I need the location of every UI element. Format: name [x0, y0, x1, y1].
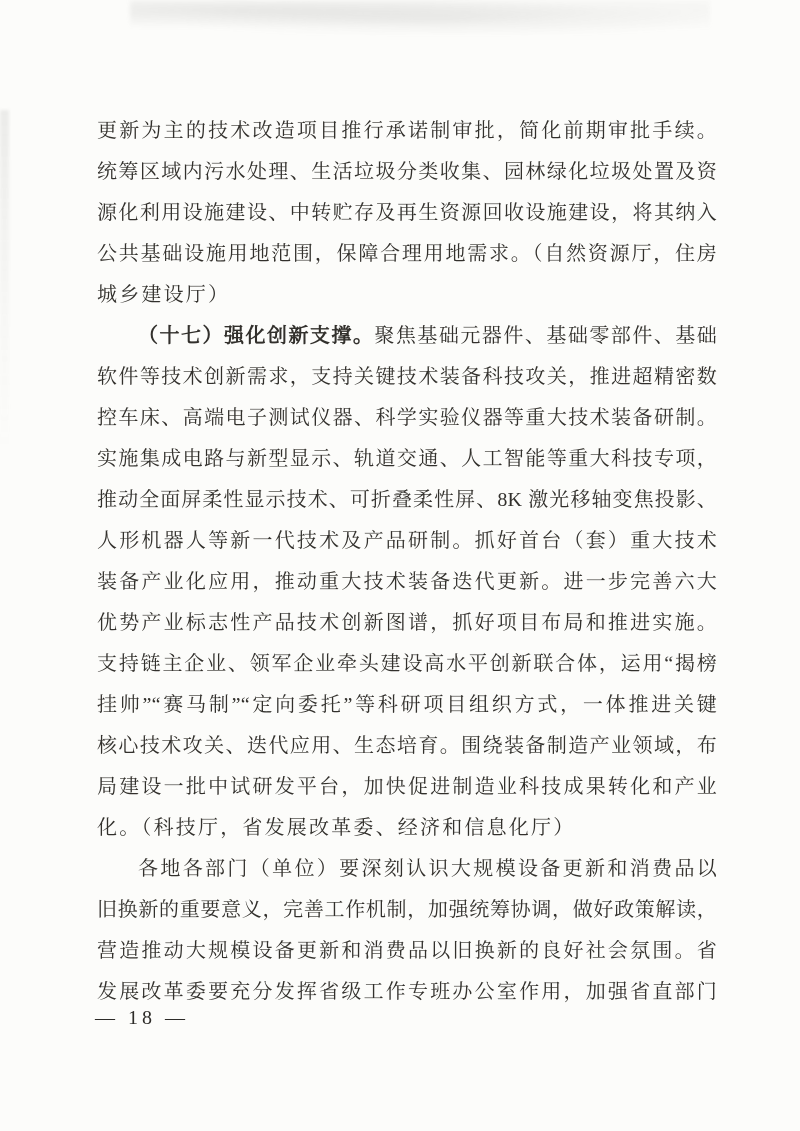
- page-number: — 18 —: [95, 1004, 189, 1032]
- text-line: 源化利用设施建设、中转贮存及再生资源回收设施建设，将其纳入: [97, 193, 717, 234]
- text-line: 控车床、高端电子测试仪器、科学实验仪器等重大技术装备研制。: [97, 398, 717, 439]
- document-body: 更新为主的技术改造项目推行承诺制审批，简化前期审批手续。 统筹区域内污水处理、生…: [97, 111, 717, 1013]
- text-line: 局建设一批中试研发平台，加快促进制造业科技成果转化和产业: [97, 767, 717, 808]
- scan-artifact-top: [130, 0, 710, 34]
- text-line-rest: 聚焦基础元器件、基础零部件、基础: [374, 325, 717, 347]
- text-line: 化。（科技厅，省发展改革委、经济和信息化厅）: [97, 808, 717, 849]
- scan-artifact-left: [0, 110, 9, 450]
- text-line: 推动全面屏柔性显示技术、可折叠柔性屏、8K 激光移轴变焦投影、: [97, 480, 717, 521]
- text-line: 旧换新的重要意义，完善工作机制，加强统筹协调，做好政策解读，: [97, 890, 717, 931]
- text-line: 发展改革委要充分发挥省级工作专班办公室作用，加强省直部门: [97, 972, 717, 1013]
- section-17-heading: （十七）强化创新支撑。: [138, 325, 374, 347]
- text-line: （十七）强化创新支撑。聚焦基础元器件、基础零部件、基础: [97, 316, 717, 357]
- text-line: 核心技术攻关、迭代应用、生态培育。围绕装备制造产业领域，布: [97, 726, 717, 767]
- text-line: 挂帅”“赛马制”“定向委托”等科研项目组织方式，一体推进关键: [97, 685, 717, 726]
- text-line: 装备产业化应用，推动重大技术装备迭代更新。进一步完善六大: [97, 562, 717, 603]
- document-page: 更新为主的技术改造项目推行承诺制审批，简化前期审批手续。 统筹区域内污水处理、生…: [0, 0, 800, 1131]
- text-line: 实施集成电路与新型显示、轨道交通、人工智能等重大科技专项，: [97, 439, 717, 480]
- text-line: 更新为主的技术改造项目推行承诺制审批，简化前期审批手续。: [97, 111, 717, 152]
- text-line: 公共基础设施用地范围，保障合理用地需求。（自然资源厅，住房: [97, 234, 717, 275]
- text-line: 城乡建设厅）: [97, 275, 717, 316]
- text-line: 营造推动大规模设备更新和消费品以旧换新的良好社会氛围。省: [97, 931, 717, 972]
- text-line: 优势产业标志性产品技术创新图谱，抓好项目布局和推进实施。: [97, 603, 717, 644]
- text-line: 各地各部门（单位）要深刻认识大规模设备更新和消费品以: [97, 849, 717, 890]
- text-line: 统筹区域内污水处理、生活垃圾分类收集、园林绿化垃圾处置及资: [97, 152, 717, 193]
- text-line: 人形机器人等新一代技术及产品研制。抓好首台（套）重大技术: [97, 521, 717, 562]
- text-line: 软件等技术创新需求，支持关键技术装备科技攻关，推进超精密数: [97, 357, 717, 398]
- text-line: 支持链主企业、领军企业牵头建设高水平创新联合体，运用“揭榜: [97, 644, 717, 685]
